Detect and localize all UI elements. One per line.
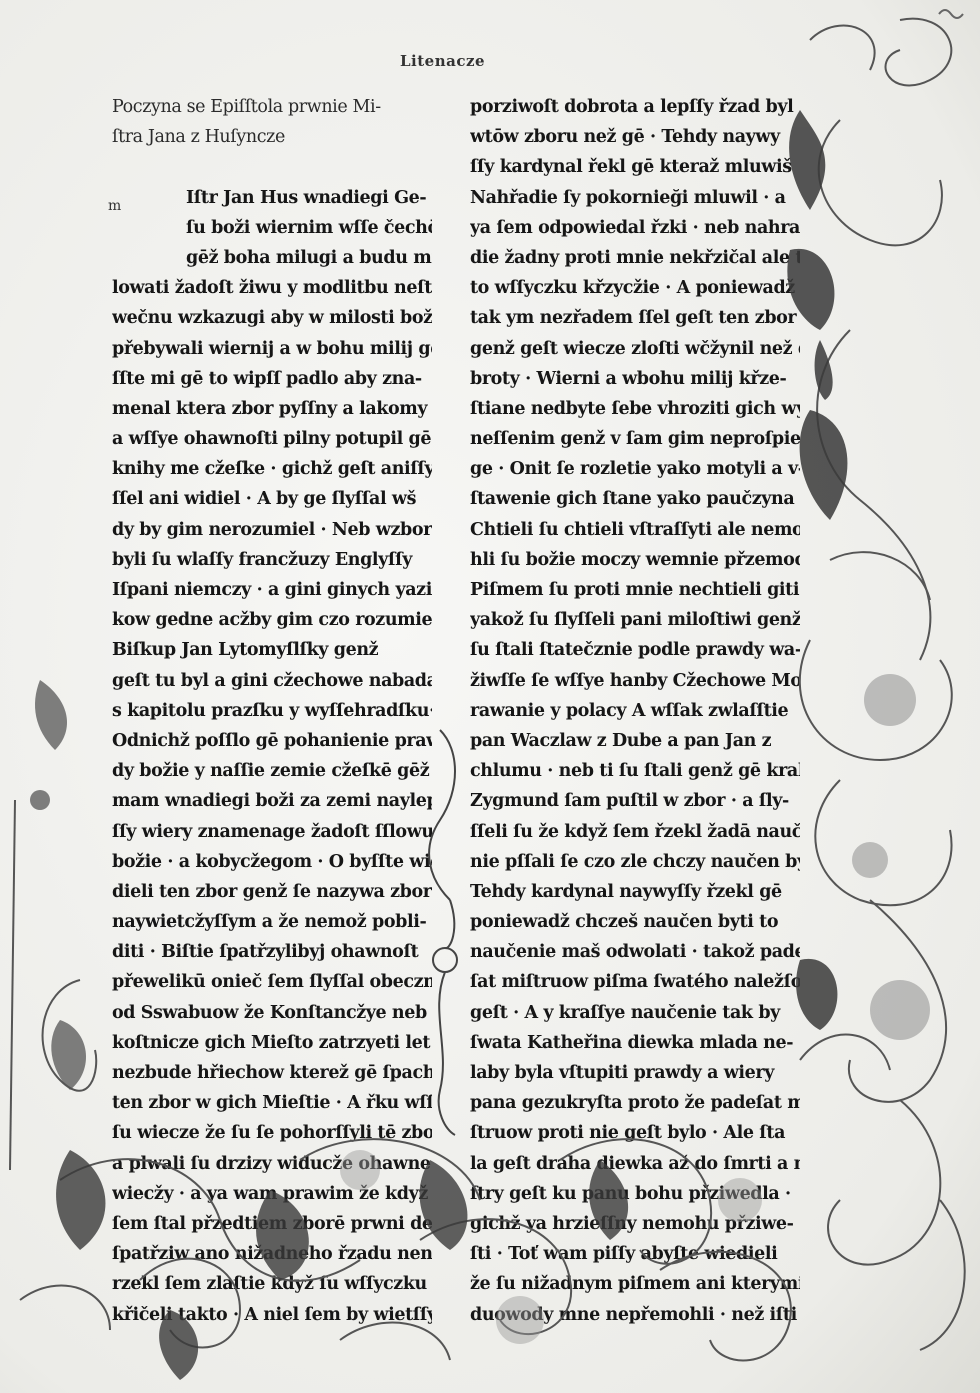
text-line: ſu boži wiernim wſſe čechō	[112, 213, 432, 243]
text-line: neſſenim genž v ſam gim neproſpie-	[470, 424, 800, 454]
text-line: ſwata Katheřina diewka mlada ne-	[470, 1028, 800, 1058]
text-line: božie · a kobycžegom · O byſſte wie-	[112, 847, 432, 877]
text-line: nezbude hřiechow kterež gē ſpachal	[112, 1058, 432, 1088]
text-line: rawanie y polacy A wſſak zwlaſſtie	[470, 696, 800, 726]
running-header: Litenacze	[400, 52, 485, 70]
text-line: Tehdy kardynal naywyſſy řzekl gē	[470, 877, 800, 907]
text-line: geſt · A y kraſſye naučenie tak by	[470, 998, 800, 1028]
text-line: ſſte mi gē to wipſſ padlo aby zna-	[112, 364, 432, 394]
text-line: to wſſyczku křzycžie · A poniewadž	[470, 273, 800, 303]
text-line: přewelikū onieč ſem ſlyſſal obecznie	[112, 967, 432, 997]
text-line: ſſel ani widiel · A by ge ſlyſſal wš	[112, 484, 432, 514]
text-line: ſſeli ſu že když ſem řzekl žadā naučē-	[470, 817, 800, 847]
text-line: dy by gim nerozumiel · Neb wzboru	[112, 515, 432, 545]
center-scroll-ornament	[420, 720, 470, 1140]
text-line: Zygmund ſam puſtil w zbor · a ſly-	[470, 786, 800, 816]
text-line: žiwſſe ſe wſſye hanby Cžechowe Mo-	[470, 666, 800, 696]
text-line: naučenie maš odwolati · takož pade-	[470, 937, 800, 967]
text-line: knihy me cžeſke · gichž geſt aniſſy-	[112, 454, 432, 484]
text-line: kow gedne acžby gim czo rozumiel	[112, 605, 432, 635]
text-line: Piſmem ſu proti mnie nechtieli giti	[470, 575, 800, 605]
text-line: geſt tu byl a gini cžechowe nabadači	[112, 666, 432, 696]
text-line: dy božie y naſſie zemie cžeſkē gēž ya	[112, 756, 432, 786]
text-line: přebywali wiernij a w bohu milij ge-	[112, 334, 432, 364]
text-line: Biſkup Jan Lytomyſlſky genž	[112, 635, 432, 665]
manuscript-page: Litenacze Poczyna se Epiſſtola prwnie Mi…	[0, 0, 980, 1393]
text-line: gēž boha milugi a budu mi-	[112, 243, 432, 273]
text-line: wečnu wzkazugi aby w milosti boži	[112, 303, 432, 333]
text-line: ya ſem odpowiedal řzki · neb nahra-	[470, 213, 800, 243]
epistle-title-line-2: ſtra Jana z Huſyncze	[112, 122, 432, 152]
text-line: koſtnicze gich Mieſto zatrzyeti let	[112, 1028, 432, 1058]
text-line: lowati žadoſt žiwu y modlitbu neſta-	[112, 273, 432, 303]
text-line: Nahřadie ſy pokornieği mluwil · a	[470, 183, 800, 213]
text-line: Iſtr Jan Hus wnadiegi Ge-	[112, 183, 432, 213]
text-line: nie pſſali ſe czo zle chczy naučen byti	[470, 847, 800, 877]
text-line: laby byla vſtupiti prawdy a wiery	[470, 1058, 800, 1088]
text-line: dieli ten zbor genž ſe nazywa zborem	[112, 877, 432, 907]
text-line: ſſy wiery znamenage žadoſt ſſlowu	[112, 817, 432, 847]
floral-border-bottom	[0, 1120, 860, 1393]
text-line: s kapitolu prazſku y wyſſehradſku·	[112, 696, 432, 726]
marginal-guide-letter: m	[108, 198, 121, 214]
text-line: pan Waczlaw z Dube a pan Jan z	[470, 726, 800, 756]
text-line: die žadny proti mnie nekřzičal ale ti	[470, 243, 800, 273]
text-line: hli ſu božie moczy wemnie přzemocy	[470, 545, 800, 575]
text-line: Odnichž poſſlo gē pohanienie praw-	[112, 726, 432, 756]
text-line: ſtawenie gich ſtane yako paučzyna ·	[470, 484, 800, 514]
text-line: yakož ſu ſlyſſeli pani miloſtiwi genž	[470, 605, 800, 635]
epistle-title-line-1: Poczyna se Epiſſtola prwnie Mi-	[112, 92, 432, 122]
text-line: ſu ſtali ſtatečznie podle prawdy wa-	[470, 635, 800, 665]
text-line: wtōw zboru než gē · Tehdy naywy	[470, 122, 800, 152]
text-line: Iſpani niemczy · a gini ginych yazi	[112, 575, 432, 605]
text-line: broty · Wierni a wbohu milij křze-	[470, 364, 800, 394]
text-line: pana gezukryſta proto že padeſat mi-	[470, 1088, 800, 1118]
text-line: genž geſt wiecze zloſti wčžynil než do-	[470, 334, 800, 364]
text-line: Chtieli ſu chtieli vſtraſſyti ale nemo-	[470, 515, 800, 545]
text-line: ſat miſtruow piſma ſwatého naležſo	[470, 967, 800, 997]
text-line: ge · Onit ſe rozletie yako motyli a v-	[470, 454, 800, 484]
text-line: porziwoſt dobrota a lepſſy řzad byl	[470, 92, 800, 122]
text-line: od Sswabuow že Konſtancžye neb	[112, 998, 432, 1028]
text-line: tak ym nezřadem ſſel geſt ten zbor	[470, 303, 800, 333]
text-line: ten zbor w gich Mieſtie · A řku wſſie	[112, 1088, 432, 1118]
text-line: chlumu · neb ti ſu ſtali genž gē kral	[470, 756, 800, 786]
text-line: byli ſu wlaſſy francžuzy Englyſſy	[112, 545, 432, 575]
text-line: a wſſye ohawnoſti pilny potupil gē	[112, 424, 432, 454]
text-line: diti · Biſtie ſpatřzylibyj ohawnoſt	[112, 937, 432, 967]
left-margin-ornaments	[0, 650, 110, 1170]
text-line: poniewadž chczeš naučen byti to	[470, 907, 800, 937]
text-line: ſſy kardynal řekl gē kteraž mluwiš	[470, 152, 800, 182]
text-line: ſtiane nedbyte ſebe vhroziti gich wy	[470, 394, 800, 424]
text-line: naywietcžyſſym a že nemož pobli-	[112, 907, 432, 937]
text-line: menal ktera zbor pyſſny a lakomy	[112, 394, 432, 424]
text-line: mam wnadiegi boži za zemi naylep	[112, 786, 432, 816]
